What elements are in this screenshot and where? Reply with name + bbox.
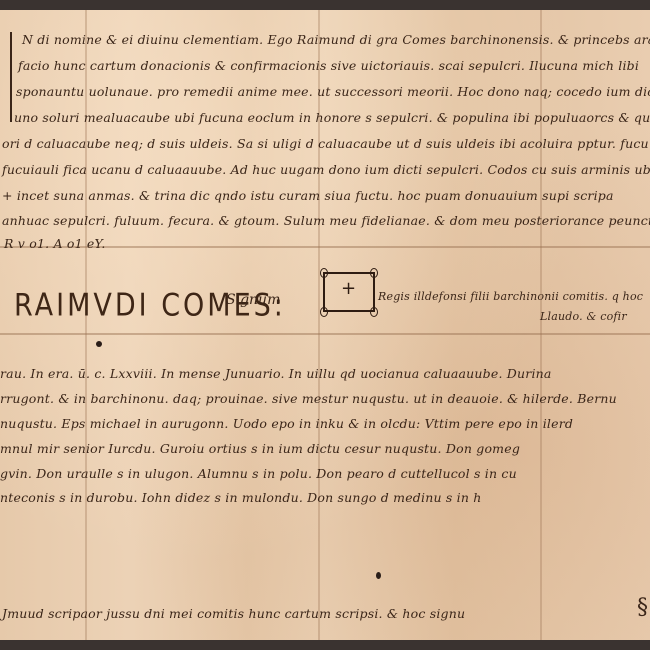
scribe-line: Jmuud scripaor jussu dni mei comitis hun… — [2, 606, 465, 621]
parchment-hole — [96, 341, 102, 347]
scribe-signum-mark: § — [637, 595, 648, 620]
fold-crease — [318, 10, 320, 640]
witness-line: rrugont. & in barchinonu. daq; prouinae.… — [0, 391, 617, 406]
signum-monogram: + — [323, 272, 375, 312]
text-line: sponauntu uolunaue. pro remedii anime me… — [16, 84, 650, 99]
parchment-hole — [376, 572, 381, 579]
witness-line: nuqustu. Eps michael in aurugonn. Uodo e… — [0, 416, 573, 431]
fold-crease — [85, 10, 87, 640]
witness-line: mnul mir senior Iurcdu. Guroiu ortius s … — [0, 441, 520, 456]
ring-ornament — [370, 268, 378, 278]
text-line: facio hunc cartum donacionis & confirmac… — [18, 58, 639, 73]
text-line: + incet suna anmas. & trina dic qndo ist… — [2, 188, 614, 203]
signum-label: Signum — [226, 292, 280, 308]
witness-line: gvin. Don uraulle s in ulugon. Alumnu s … — [0, 466, 517, 481]
initial-bracket — [10, 32, 15, 122]
text-line: anhuac sepulcri. fuluum. fecura. & gtoum… — [2, 213, 650, 228]
fold-crease — [540, 10, 542, 640]
cross-icon: + — [341, 278, 356, 299]
text-line: ori d caluacaube neq; d suis uldeis. Sa … — [2, 136, 649, 151]
text-line: uno soluri mealuacaube ubi fucuna eoclum… — [14, 110, 650, 125]
ring-ornament — [320, 307, 328, 317]
ring-ornament — [370, 307, 378, 317]
signum-text: Regis illdefonsi filii barchinonii comit… — [378, 290, 643, 303]
text-line: fucuiauli fica ucanu d caluaauube. Ad hu… — [2, 162, 650, 177]
witness-line: nteconis s in durobu. Iohn didez s in mu… — [0, 490, 482, 505]
text-line: R v o1. A o1 eY. — [4, 236, 106, 251]
parchment-charter: N di nomine & ei diuinu clementiam. Ego … — [0, 10, 650, 640]
ring-ornament — [320, 268, 328, 278]
signum-text: Llaudo. & cofir — [540, 310, 627, 323]
fold-crease — [0, 333, 650, 335]
witness-line: rau. In era. ū. c. Lxxviii. In mense Jun… — [0, 366, 552, 381]
text-line: N di nomine & ei diuinu clementiam. Ego … — [22, 32, 650, 47]
